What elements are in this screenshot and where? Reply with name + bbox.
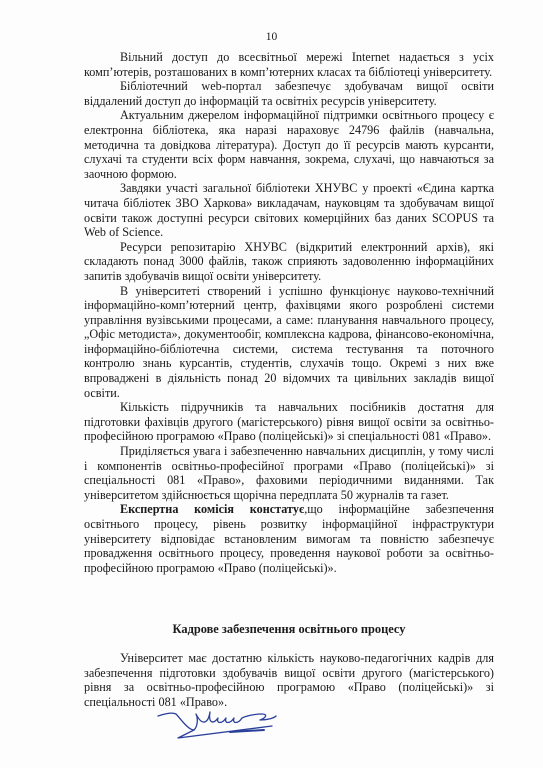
paragraph-expert-conclusion: Експертна комісія констатує,що інформаці…: [84, 502, 494, 575]
paragraph-electronic-library: Актуальним джерелом інформаційної підтри…: [84, 108, 494, 181]
paragraph-internet-access: Вільний доступ до всесвітньої мережі Int…: [84, 50, 494, 79]
paragraph-textbooks: Кількість підручників та навчальних посі…: [84, 400, 494, 444]
paragraph-web-portal: Бібліотечний web-портал забезпечує здобу…: [84, 79, 494, 108]
document-body: Вільний доступ до всесвітньої мережі Int…: [84, 50, 494, 709]
paragraph-library-card-project: Завдяки участі загальної бібліотеки ХНУВ…: [84, 181, 494, 239]
signature-icon: [150, 696, 280, 746]
document-page: 10 Вільний доступ до всесвітньої мережі …: [0, 0, 543, 768]
conclusion-bold-lead: Експертна комісія констатує: [120, 502, 304, 516]
paragraph-repository: Ресурси репозитарію ХНУВС (відкритий еле…: [84, 240, 494, 284]
page-number: 10: [0, 31, 543, 43]
paragraph-periodicals: Приділяється увага і забезпеченню навчал…: [84, 444, 494, 502]
paragraph-staffing: Університет має достатню кількість науко…: [84, 651, 494, 709]
section-heading: Кадрове забезпечення освітнього процесу: [84, 622, 494, 637]
paragraph-it-center: В університеті створений і успішно функц…: [84, 284, 494, 401]
